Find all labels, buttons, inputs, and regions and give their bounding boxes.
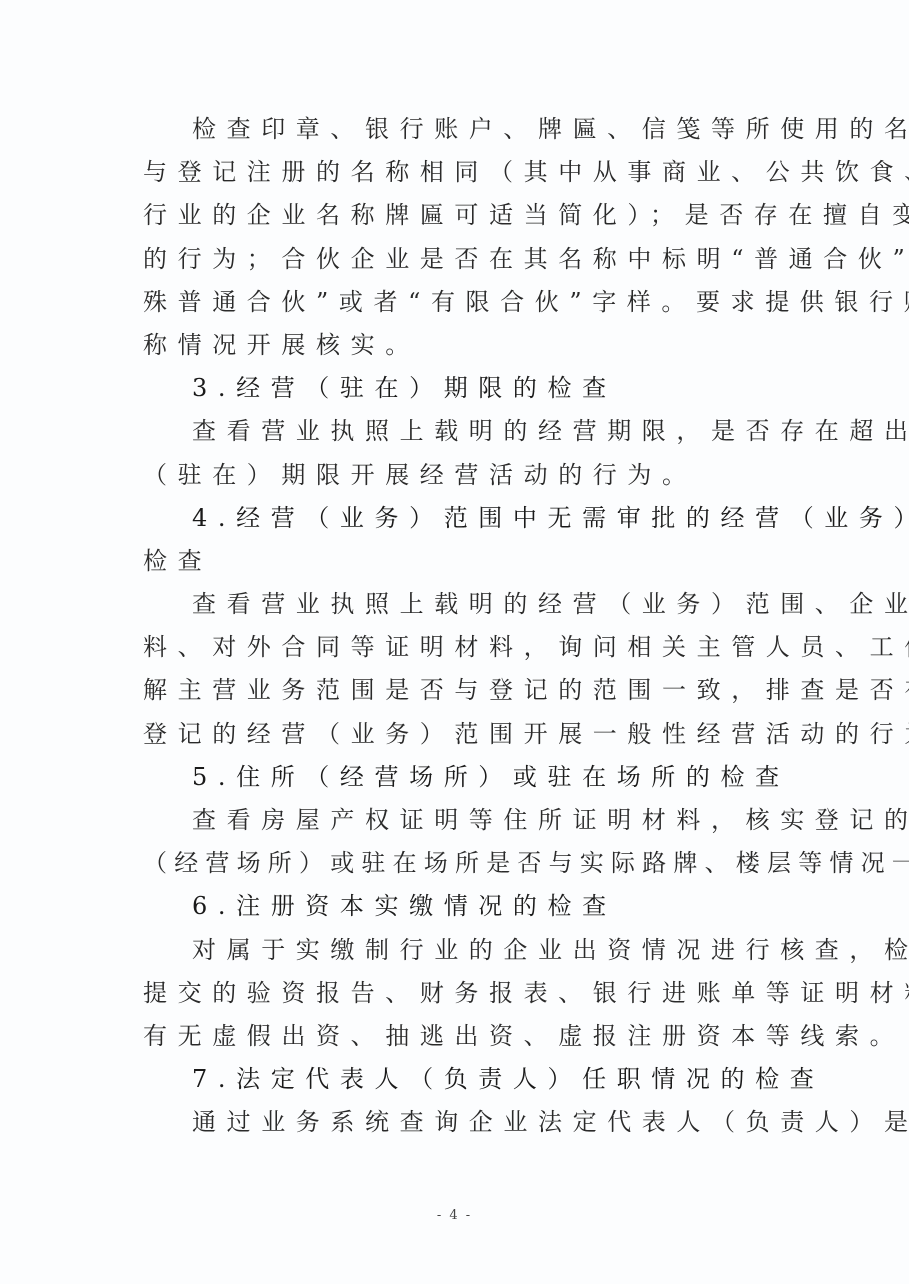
body-line: 料、对外合同等证明材料，询问相关主管人员、工作人员了 — [143, 626, 771, 669]
body-line: 查看房屋产权证明等住所证明材料，核实登记的住所 — [143, 799, 771, 842]
body-line: 查看营业执照上载明的经营（业务）范围、企业财务资 — [143, 583, 771, 626]
body-line: 登记的经营（业务）范围开展一般性经营活动的行为。 — [143, 713, 771, 756]
body-line: 通过业务系统查询企业法定代表人（负责人）是否担任 — [143, 1101, 771, 1144]
body-line: 提交的验资报告、财务报表、银行进账单等证明材料，排查 — [143, 972, 771, 1015]
body-line: 殊普通合伙”或者“有限合伙”字样。要求提供银行账户名 — [143, 281, 771, 324]
body-line: 行业的企业名称牌匾可适当简化）；是否存在擅自变更名称 — [143, 194, 771, 237]
body-line: 有无虚假出资、抽逃出资、虚报注册资本等线索。 — [143, 1015, 771, 1058]
body-line: （驻在）期限开展经营活动的行为。 — [143, 454, 771, 497]
body-line: （经营场所）或驻在场所是否与实际路牌、楼层等情况一致。 — [143, 842, 771, 885]
body-line: 称情况开展核实。 — [143, 324, 771, 367]
section-heading-3: 3.经营（驻在）期限的检查 — [143, 367, 771, 410]
body-line: 查看营业执照上载明的经营期限，是否存在超出经营 — [143, 410, 771, 453]
body-line: 对属于实缴制行业的企业出资情况进行核查，检查企业 — [143, 929, 771, 972]
section-heading-4-cont: 检查 — [143, 540, 771, 583]
body-line: 与登记注册的名称相同（其中从事商业、公共饮食、服务等 — [143, 151, 771, 194]
page-number: - 4 - — [0, 1208, 909, 1223]
body-line: 的行为；合伙企业是否在其名称中标明“普通合伙”、“特 — [143, 238, 771, 281]
section-heading-6: 6.注册资本实缴情况的检查 — [143, 885, 771, 928]
section-heading-5: 5.住所（经营场所）或驻在场所的检查 — [143, 756, 771, 799]
body-line: 解主营业务范围是否与登记的范围一致，排查是否存在超出 — [143, 669, 771, 712]
document-page: 检查印章、银行账户、牌匾、信笺等所使用的名称是否 与登记注册的名称相同（其中从事… — [0, 0, 909, 1284]
section-heading-4: 4.经营（业务）范围中无需审批的经营（业务）项目的 — [143, 497, 771, 540]
document-body: 检查印章、银行账户、牌匾、信笺等所使用的名称是否 与登记注册的名称相同（其中从事… — [143, 108, 771, 1145]
body-line: 检查印章、银行账户、牌匾、信笺等所使用的名称是否 — [143, 108, 771, 151]
section-heading-7: 7.法定代表人（负责人）任职情况的检查 — [143, 1058, 771, 1101]
